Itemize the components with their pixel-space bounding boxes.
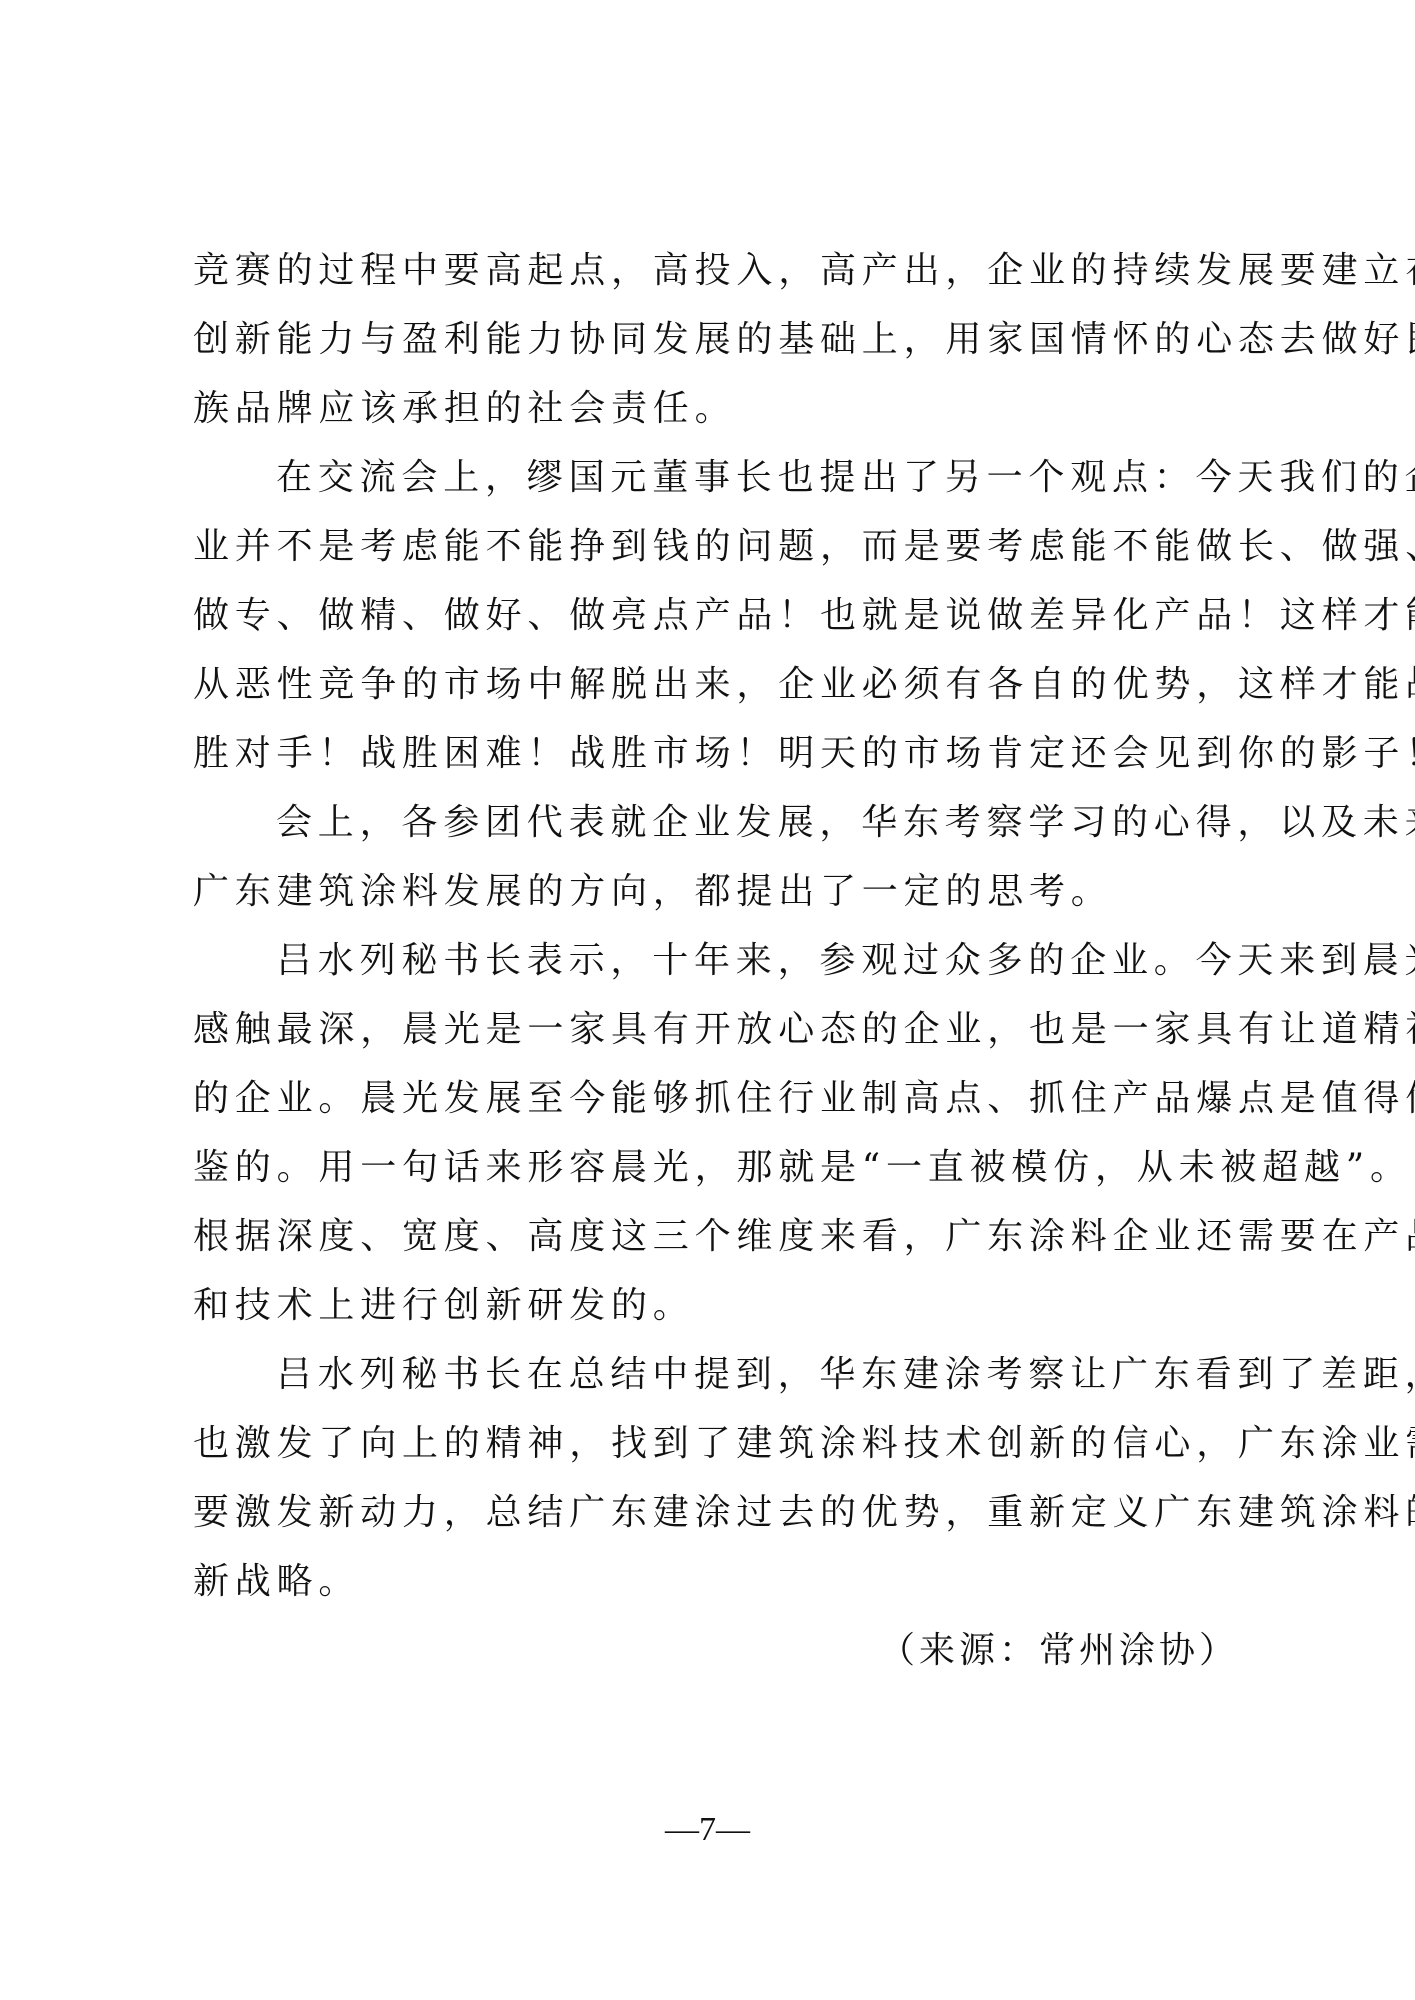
text-line: 广东建筑涂料发展的方向，都提出了一定的思考。 — [193, 857, 1241, 926]
paragraph-start-line: 吕水列秘书长在总结中提到，华东建涂考察让广东看到了差距， — [193, 1340, 1241, 1409]
text-line: 鉴的。用一句话来形容晨光，那就是“一直被模仿，从未被超越”。 — [193, 1133, 1241, 1202]
text-line: 新战略。 — [193, 1547, 1241, 1616]
document-body: 竞赛的过程中要高起点，高投入，高产出，企业的持续发展要建立在 创新能力与盈利能力… — [193, 236, 1241, 1685]
text-line: 创新能力与盈利能力协同发展的基础上，用家国情怀的心态去做好民 — [193, 305, 1241, 374]
text-line: 做专、做精、做好、做亮点产品！也就是说做差异化产品！这样才能 — [193, 581, 1241, 650]
text-line: 根据深度、宽度、高度这三个维度来看，广东涂料企业还需要在产品 — [193, 1202, 1241, 1271]
source-attribution: （来源：常州涂协） — [193, 1616, 1241, 1685]
text-line: 和技术上进行创新研发的。 — [193, 1271, 1241, 1340]
text-line: 要激发新动力，总结广东建涂过去的优势，重新定义广东建筑涂料的 — [193, 1478, 1241, 1547]
text-line: 胜对手！战胜困难！战胜市场！明天的市场肯定还会见到你的影子！ — [193, 719, 1241, 788]
paragraph-start-line: 会上，各参团代表就企业发展，华东考察学习的心得，以及未来 — [193, 788, 1241, 857]
text-line: 族品牌应该承担的社会责任。 — [193, 374, 1241, 443]
text-line: 业并不是考虑能不能挣到钱的问题，而是要考虑能不能做长、做强、 — [193, 512, 1241, 581]
text-line: 也激发了向上的精神，找到了建筑涂料技术创新的信心，广东涂业需 — [193, 1409, 1241, 1478]
paragraph-start-line: 在交流会上，缪国元董事长也提出了另一个观点：今天我们的企 — [193, 443, 1241, 512]
text-line: 从恶性竞争的市场中解脱出来，企业必须有各自的优势，这样才能战 — [193, 650, 1241, 719]
paragraph-start-line: 吕水列秘书长表示，十年来，参观过众多的企业。今天来到晨光 — [193, 926, 1241, 995]
page-number: —7— — [0, 1810, 1415, 1850]
text-line: 感触最深，晨光是一家具有开放心态的企业，也是一家具有让道精神 — [193, 995, 1241, 1064]
text-line: 竞赛的过程中要高起点，高投入，高产出，企业的持续发展要建立在 — [193, 236, 1241, 305]
text-line: 的企业。晨光发展至今能够抓住行业制高点、抓住产品爆点是值得借 — [193, 1064, 1241, 1133]
